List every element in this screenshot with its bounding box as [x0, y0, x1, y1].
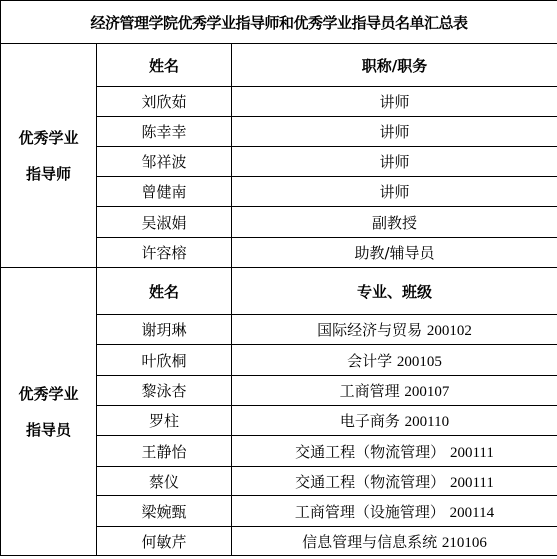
header-title: 职称/职务 — [232, 44, 557, 87]
mentor-name: 谢玥琳 — [97, 315, 232, 345]
header-name: 姓名 — [97, 44, 232, 87]
advisor-title: 讲师 — [232, 177, 557, 207]
mentor-name: 何敏芹 — [97, 527, 232, 556]
group-label-mentors: 优秀学业 指导员 — [1, 268, 97, 556]
advisor-name: 陈幸幸 — [97, 117, 232, 147]
header-name: 姓名 — [97, 268, 232, 315]
mentor-name: 蔡仪 — [97, 467, 232, 496]
mentor-major-class: 会计学 200105 — [232, 345, 557, 376]
advisor-title: 副教授 — [232, 207, 557, 238]
mentor-name: 叶欣桐 — [97, 345, 232, 376]
advisor-title: 讲师 — [232, 117, 557, 147]
group-label-line2: 指导师 — [1, 156, 96, 192]
mentor-major-class: 交通工程（物流管理） 200111 — [232, 436, 557, 467]
mentor-name: 梁婉甄 — [97, 496, 232, 527]
header-major-class: 专业、班级 — [232, 268, 557, 315]
mentor-major-class: 工商管理 200107 — [232, 376, 557, 406]
advisor-name: 邹祥波 — [97, 147, 232, 177]
group-label-line1: 优秀学业 — [1, 120, 96, 156]
mentor-major-class: 国际经济与贸易 200102 — [232, 315, 557, 345]
advisor-name: 刘欣茹 — [97, 87, 232, 117]
summary-table: 经济管理学院优秀学业指导师和优秀学业指导员名单汇总表 优秀学业 指导师 姓名 职… — [0, 0, 557, 556]
mentor-name: 罗柱 — [97, 406, 232, 436]
advisor-title: 助教/辅导员 — [232, 238, 557, 268]
advisor-name: 曾健南 — [97, 177, 232, 207]
group-label-line1: 优秀学业 — [1, 376, 96, 412]
mentor-major-class: 工商管理（设施管理） 200114 — [232, 496, 557, 527]
advisor-title: 讲师 — [232, 147, 557, 177]
mentor-name: 王静怡 — [97, 436, 232, 467]
mentor-major-class: 交通工程（物流管理） 200111 — [232, 467, 557, 496]
mentor-name: 黎泳杏 — [97, 376, 232, 406]
mentor-major-class: 电子商务 200110 — [232, 406, 557, 436]
advisor-name: 许容榕 — [97, 238, 232, 268]
group-label-line2: 指导员 — [1, 412, 96, 448]
table-title: 经济管理学院优秀学业指导师和优秀学业指导员名单汇总表 — [1, 1, 557, 44]
group-label-advisors: 优秀学业 指导师 — [1, 44, 97, 268]
advisor-name: 吴淑娟 — [97, 207, 232, 238]
advisor-title: 讲师 — [232, 87, 557, 117]
mentor-major-class: 信息管理与信息系统 210106 — [232, 527, 557, 556]
